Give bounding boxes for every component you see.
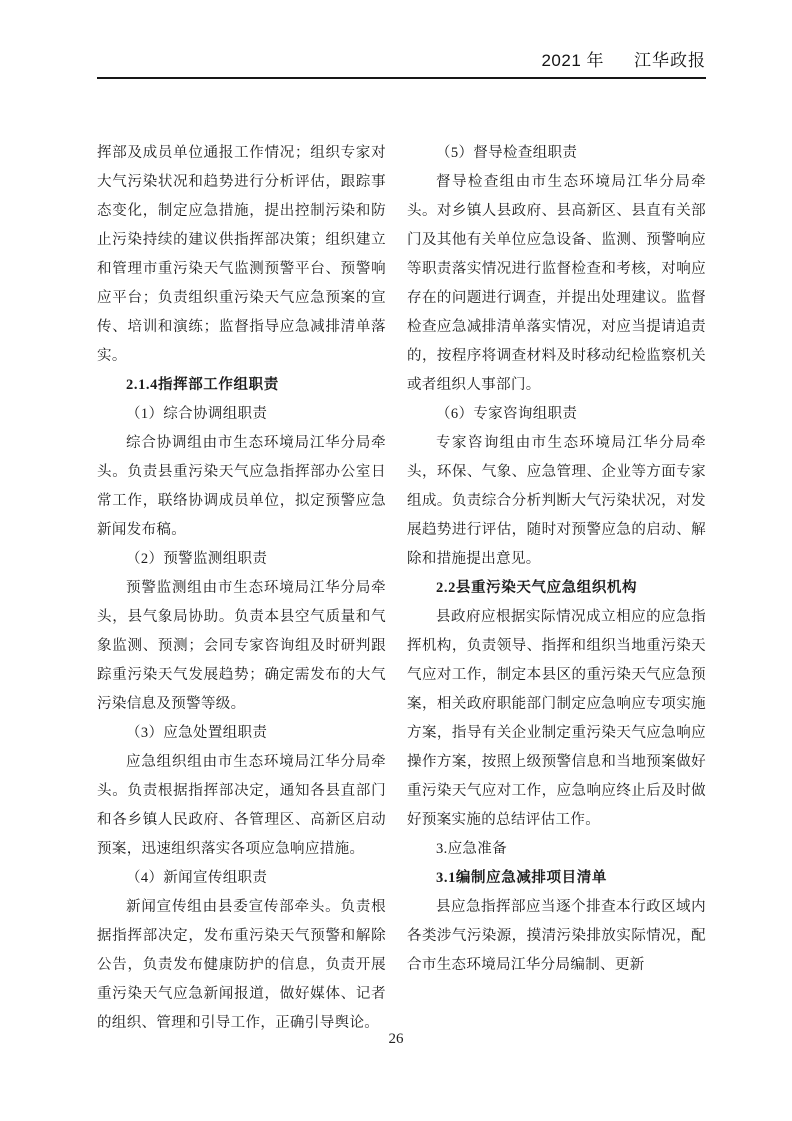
subsection-heading: （6）专家咨询组职责 [407, 400, 706, 429]
left-column: 挥部及成员单位通报工作情况；组织专家对大气污染状况和趋势进行分析评估，跟踪事态变… [97, 139, 386, 1038]
paragraph: 专家咨询组由市生态环境局江华分局牵头，环保、气象、应急管理、企业等方面专家组成。… [407, 429, 706, 574]
header-publication-title: 江华政报 [634, 51, 706, 70]
right-column: （5）督导检查组职责 督导检查组由市生态环境局江华分局牵头。对乡镇人县政府、县高… [407, 139, 706, 1038]
document-body: 挥部及成员单位通报工作情况；组织专家对大气污染状况和趋势进行分析评估，跟踪事态变… [97, 139, 706, 1038]
subsection-heading: 3.应急准备 [407, 835, 706, 864]
document-page: 2021 年江华政报 挥部及成员单位通报工作情况；组织专家对大气污染状况和趋势进… [0, 0, 792, 1121]
paragraph: 挥部及成员单位通报工作情况；组织专家对大气污染状况和趋势进行分析评估，跟踪事态变… [97, 139, 386, 371]
section-heading: 2.1.4指挥部工作组职责 [97, 371, 386, 400]
paragraph: 预警监测组由市生态环境局江华分局牵头，县气象局协助。负责本县空气质量和气象监测、… [97, 574, 386, 719]
paragraph: 应急组织组由市生态环境局江华分局牵头。负责根据指挥部决定，通知各县直部门和各乡镇… [97, 748, 386, 864]
subsection-heading: （1）综合协调组职责 [97, 400, 386, 429]
subsection-heading: （4）新闻宣传组职责 [97, 864, 386, 893]
paragraph: 县政府应根据实际情况成立相应的应急指挥机构，负责领导、指挥和组织当地重污染天气应… [407, 603, 706, 835]
paragraph: 县应急指挥部应当逐个排查本行政区域内各类涉气污染源，摸清污染排放实际情况，配合市… [407, 893, 706, 980]
paragraph: 综合协调组由市生态环境局江华分局牵头。负责县重污染天气应急指挥部办公室日常工作，… [97, 429, 386, 545]
paragraph: 督导检查组由市生态环境局江华分局牵头。对乡镇人县政府、县高新区、县直有关部门及其… [407, 168, 706, 400]
header-rule [97, 77, 706, 79]
page-number: 26 [389, 1031, 404, 1047]
paragraph: 新闻宣传组由县委宣传部牵头。负责根据指挥部决定，发布重污染天气预警和解除公告，负… [97, 893, 386, 1038]
page-header: 2021 年江华政报 [97, 50, 706, 72]
header-year: 2021 年 [541, 51, 604, 70]
subsection-heading: （3）应急处置组职责 [97, 719, 386, 748]
subsection-heading: （2）预警监测组职责 [97, 545, 386, 574]
page-footer: 26 [0, 1031, 792, 1048]
subsection-heading: （5）督导检查组职责 [407, 139, 706, 168]
section-heading: 2.2县重污染天气应急组织机构 [407, 574, 706, 603]
section-heading: 3.1编制应急减排项目清单 [407, 864, 706, 893]
